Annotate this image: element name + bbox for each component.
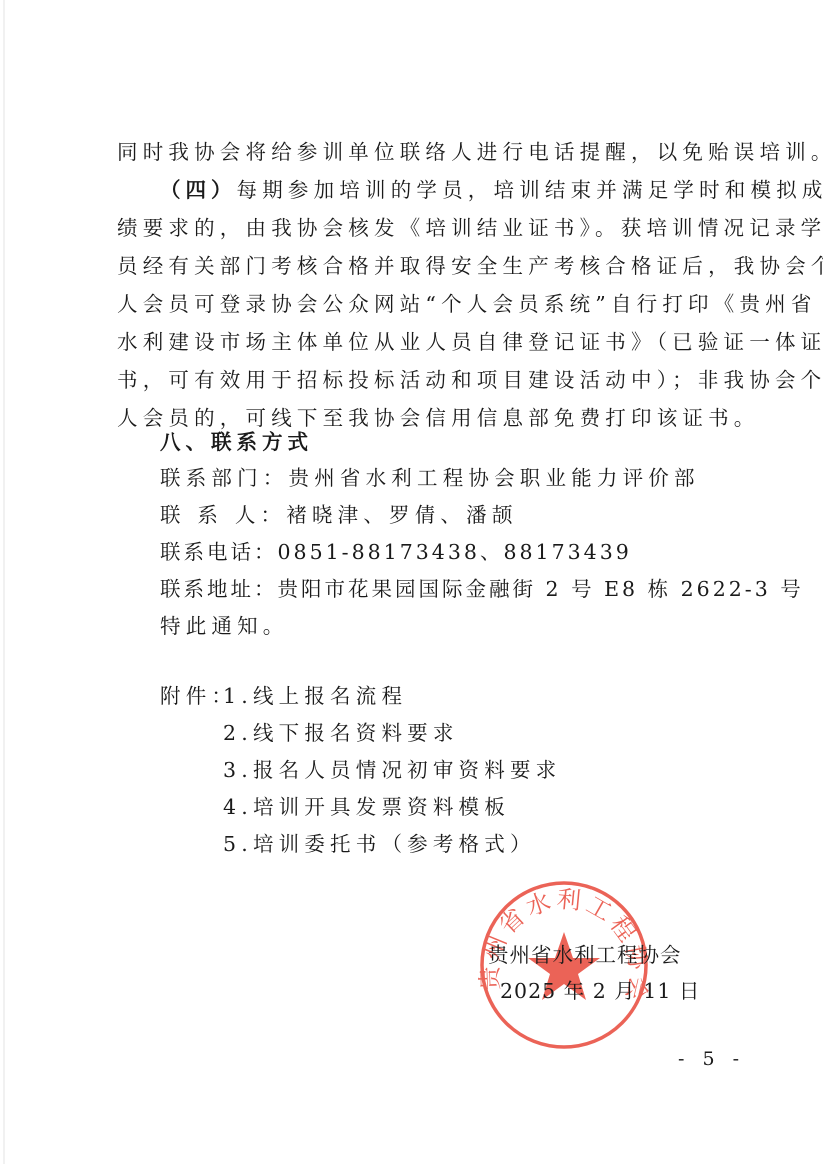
page-edge-shadow <box>3 0 5 1164</box>
signature-organization: 贵州省水利工程协会 <box>488 938 682 968</box>
clause-text: 每期参加培训的学员，培训结束并满足学时和模拟成 <box>237 178 823 202</box>
contact-phone: 联系电话：0851-88173438、88173439 <box>160 542 632 563</box>
page-number: - 5 - <box>678 1048 745 1070</box>
attachment-item: 3.报名人员情况初审资料要求 <box>223 760 561 781</box>
attachment-item: 2.线下报名资料要求 <box>223 723 459 744</box>
clause-number: （四） <box>160 178 237 202</box>
paragraph-line: 绩要求的，由我协会核发《培训结业证书》。获培训情况记录学 <box>117 218 823 239</box>
paragraph-line: 人会员的，可线下至我协会信用信息部免费打印该证书。 <box>117 408 760 429</box>
signature-date: 2025 年 2 月 11 日 <box>500 974 700 1004</box>
section-heading: 八、联系方式 <box>160 432 313 453</box>
paragraph-line: 同时我协会将给参训单位联络人进行电话提醒，以免贻误培训。 <box>117 142 823 163</box>
paragraph-line: 员经有关部门考核合格并取得安全生产考核合格证后，我协会个 <box>117 256 823 277</box>
contact-address: 联系地址：贵阳市花果园国际金融街 2 号 E8 栋 2622-3 号 <box>160 579 804 600</box>
attachment-item: 5.培训委托书（参考格式） <box>223 834 536 855</box>
attachment-item: 1.线上报名流程 <box>223 686 407 707</box>
paragraph-line: （四）每期参加培训的学员，培训结束并满足学时和模拟成 <box>160 180 823 201</box>
attachment-item: 4.培训开具发票资料模板 <box>223 797 510 818</box>
closing-text: 特此通知。 <box>160 616 289 637</box>
contact-department: 联系部门：贵州省水利工程协会职业能力评价部 <box>160 468 700 489</box>
paragraph-line: 书，可有效用于招标投标活动和项目建设活动中）；非我协会个 <box>117 370 823 391</box>
paragraph-line: 水利建设市场主体单位从业人员自律登记证书》（已验证一体证 <box>117 332 823 353</box>
document-page: 同时我协会将给参训单位联络人进行电话提醒，以免贻误培训。 （四）每期参加培训的学… <box>0 0 823 1164</box>
contact-person: 联 系 人：褚晓津、罗倩、潘颉 <box>160 505 518 526</box>
paragraph-line: 人会员可登录协会公众网站“个人会员系统”自行打印《贵州省 <box>117 294 817 315</box>
